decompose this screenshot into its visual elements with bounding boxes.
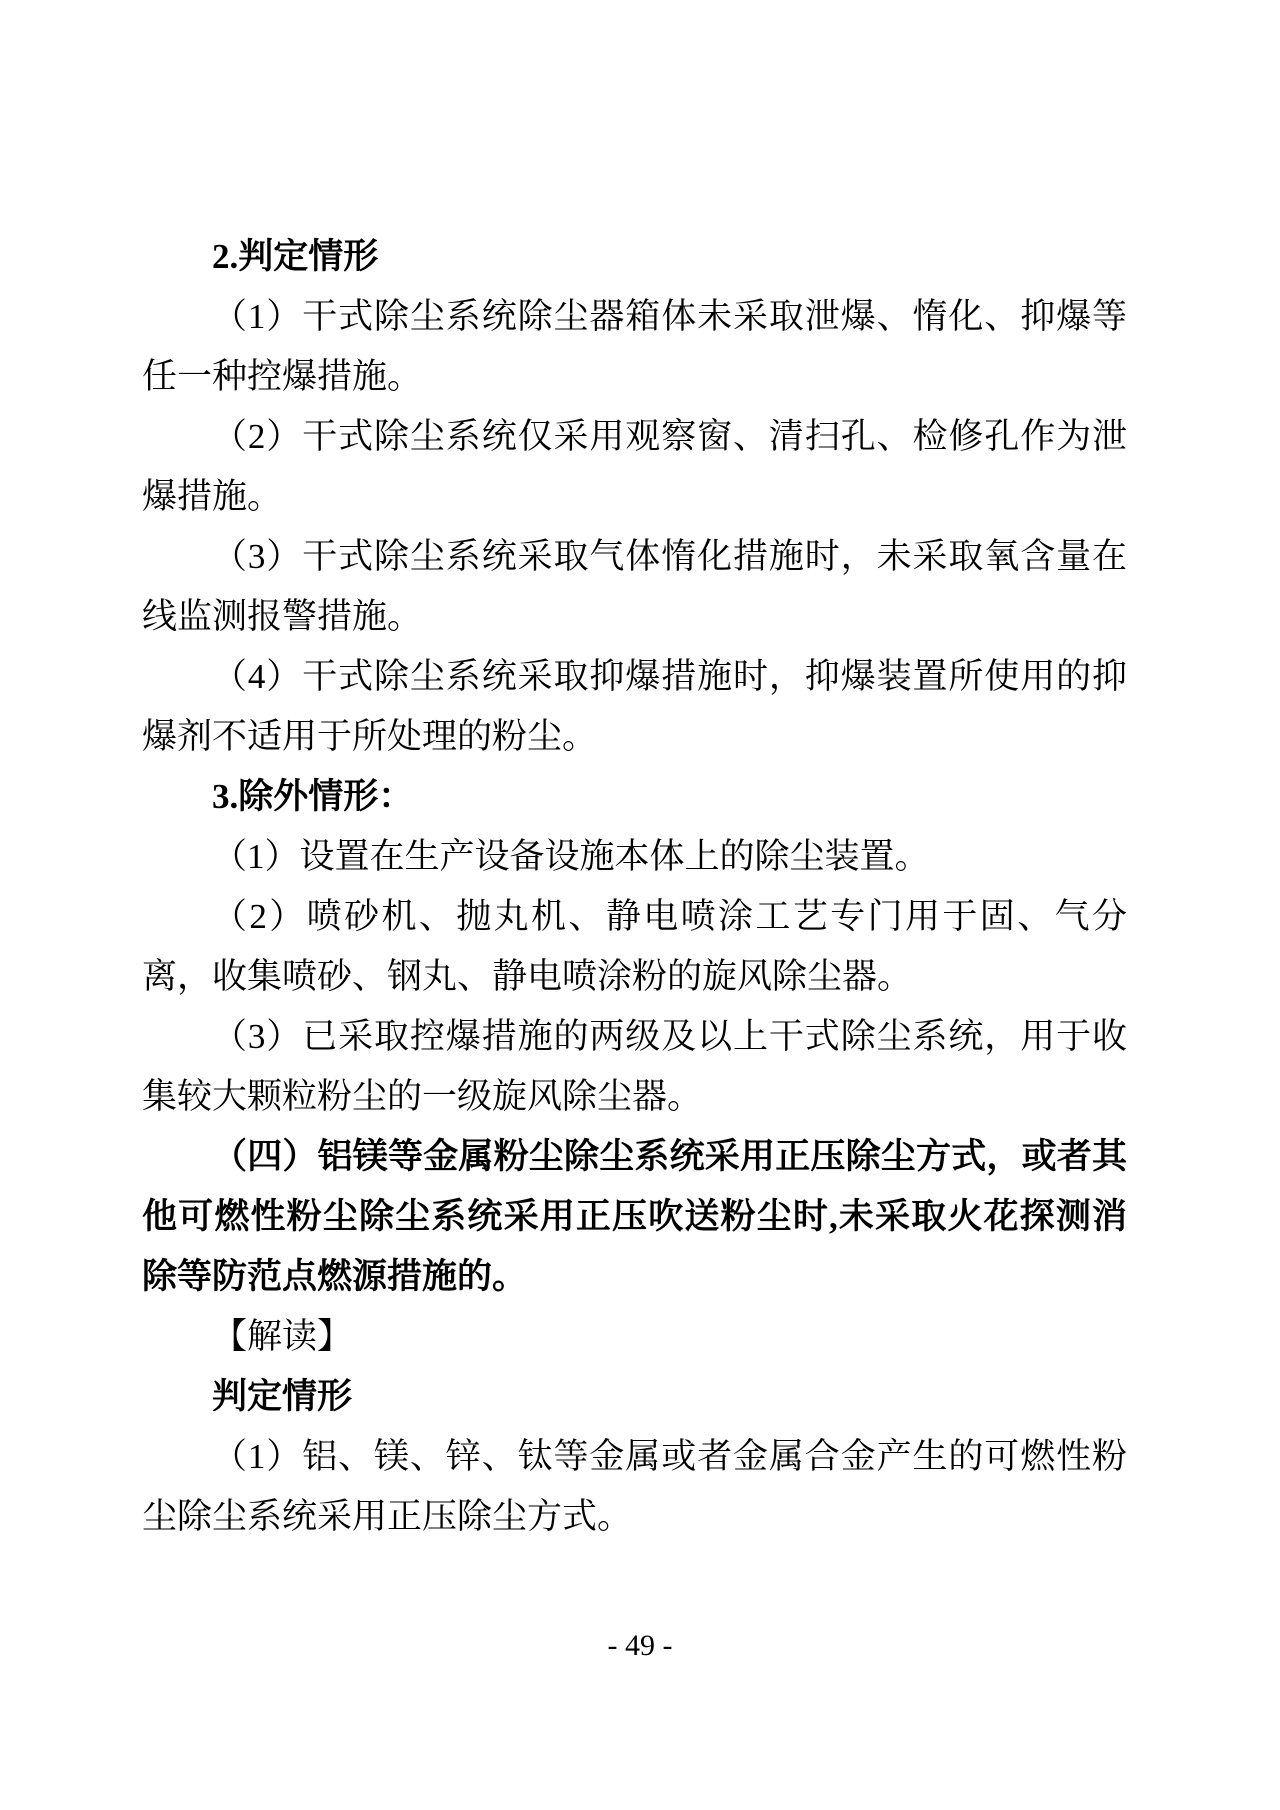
heading-paragraph: 3.除外情形： xyxy=(142,767,1127,827)
body-paragraph: （1）干式除尘系统除尘器箱体未采取泄爆、惰化、抑爆等任一种控爆措施。 xyxy=(142,287,1127,407)
body-paragraph: （3）已采取控爆措施的两级及以上干式除尘系统，用于收集较大颗粒粉尘的一级旋风除尘… xyxy=(142,1007,1127,1127)
body-paragraph: （3）干式除尘系统采取气体惰化措施时，未采取氧含量在线监测报警措施。 xyxy=(142,527,1127,647)
page-number: - 49 - xyxy=(0,1626,1280,1666)
heading-paragraph: （四）铝镁等金属粉尘除尘系统采用正压除尘方式，或者其他可燃性粉尘除尘系统采用正压… xyxy=(142,1127,1127,1307)
document-body: 2.判定情形（1）干式除尘系统除尘器箱体未采取泄爆、惰化、抑爆等任一种控爆措施。… xyxy=(142,227,1127,1547)
body-paragraph: （1）设置在生产设备设施本体上的除尘装置。 xyxy=(142,827,1127,887)
document-page: 2.判定情形（1）干式除尘系统除尘器箱体未采取泄爆、惰化、抑爆等任一种控爆措施。… xyxy=(0,0,1280,1810)
body-paragraph: （4）干式除尘系统采取抑爆措施时，抑爆装置所使用的抑爆剂不适用于所处理的粉尘。 xyxy=(142,647,1127,767)
heading-paragraph: 判定情形 xyxy=(142,1367,1127,1427)
heading-paragraph: 2.判定情形 xyxy=(142,227,1127,287)
body-paragraph: （2）喷砂机、抛丸机、静电喷涂工艺专门用于固、气分离，收集喷砂、钢丸、静电喷涂粉… xyxy=(142,887,1127,1007)
body-paragraph: （1）铝、镁、锌、钛等金属或者金属合金产生的可燃性粉尘除尘系统采用正压除尘方式。 xyxy=(142,1427,1127,1547)
body-paragraph: 【解读】 xyxy=(142,1307,1127,1367)
body-paragraph: （2）干式除尘系统仅采用观察窗、清扫孔、检修孔作为泄爆措施。 xyxy=(142,407,1127,527)
